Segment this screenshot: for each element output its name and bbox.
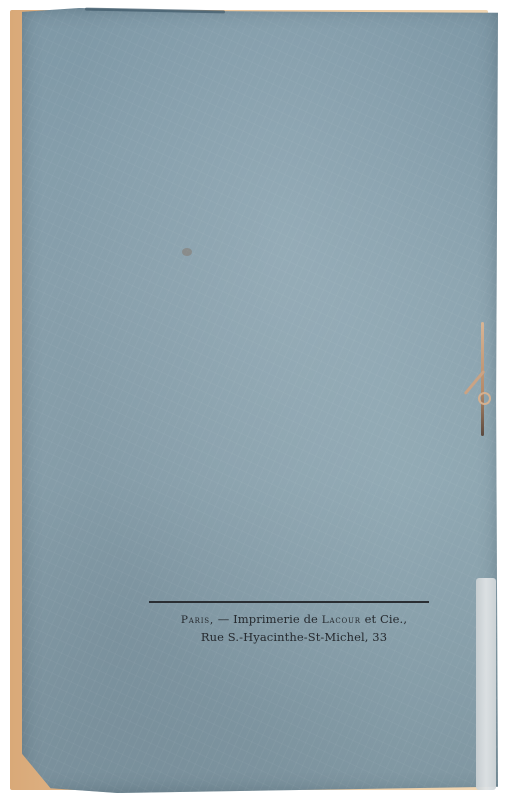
- imprint-printer-name: Lacour: [322, 614, 361, 626]
- foxing-spot: [182, 248, 192, 256]
- blue-paper-cover: [22, 8, 498, 793]
- printer-imprint: Paris, — Imprimerie de Lacour et Cie., R…: [149, 611, 439, 646]
- imprint-printer-suffix: et Cie.,: [365, 612, 407, 626]
- imprint-line-2: Rue S.-Hyacinthe-St-Michel, 33: [149, 629, 439, 646]
- spine-tape-repair: [476, 578, 496, 790]
- imprint-printer-prefix: Imprimerie de: [233, 612, 318, 626]
- imprint-dash: —: [218, 612, 230, 626]
- imprint-city: Paris,: [181, 614, 214, 626]
- imprint-rule: [149, 601, 429, 603]
- binding-thread: [481, 322, 484, 436]
- binding-thread-knot: [478, 392, 491, 405]
- imprint-line-1: Paris, — Imprimerie de Lacour et Cie.,: [149, 611, 439, 629]
